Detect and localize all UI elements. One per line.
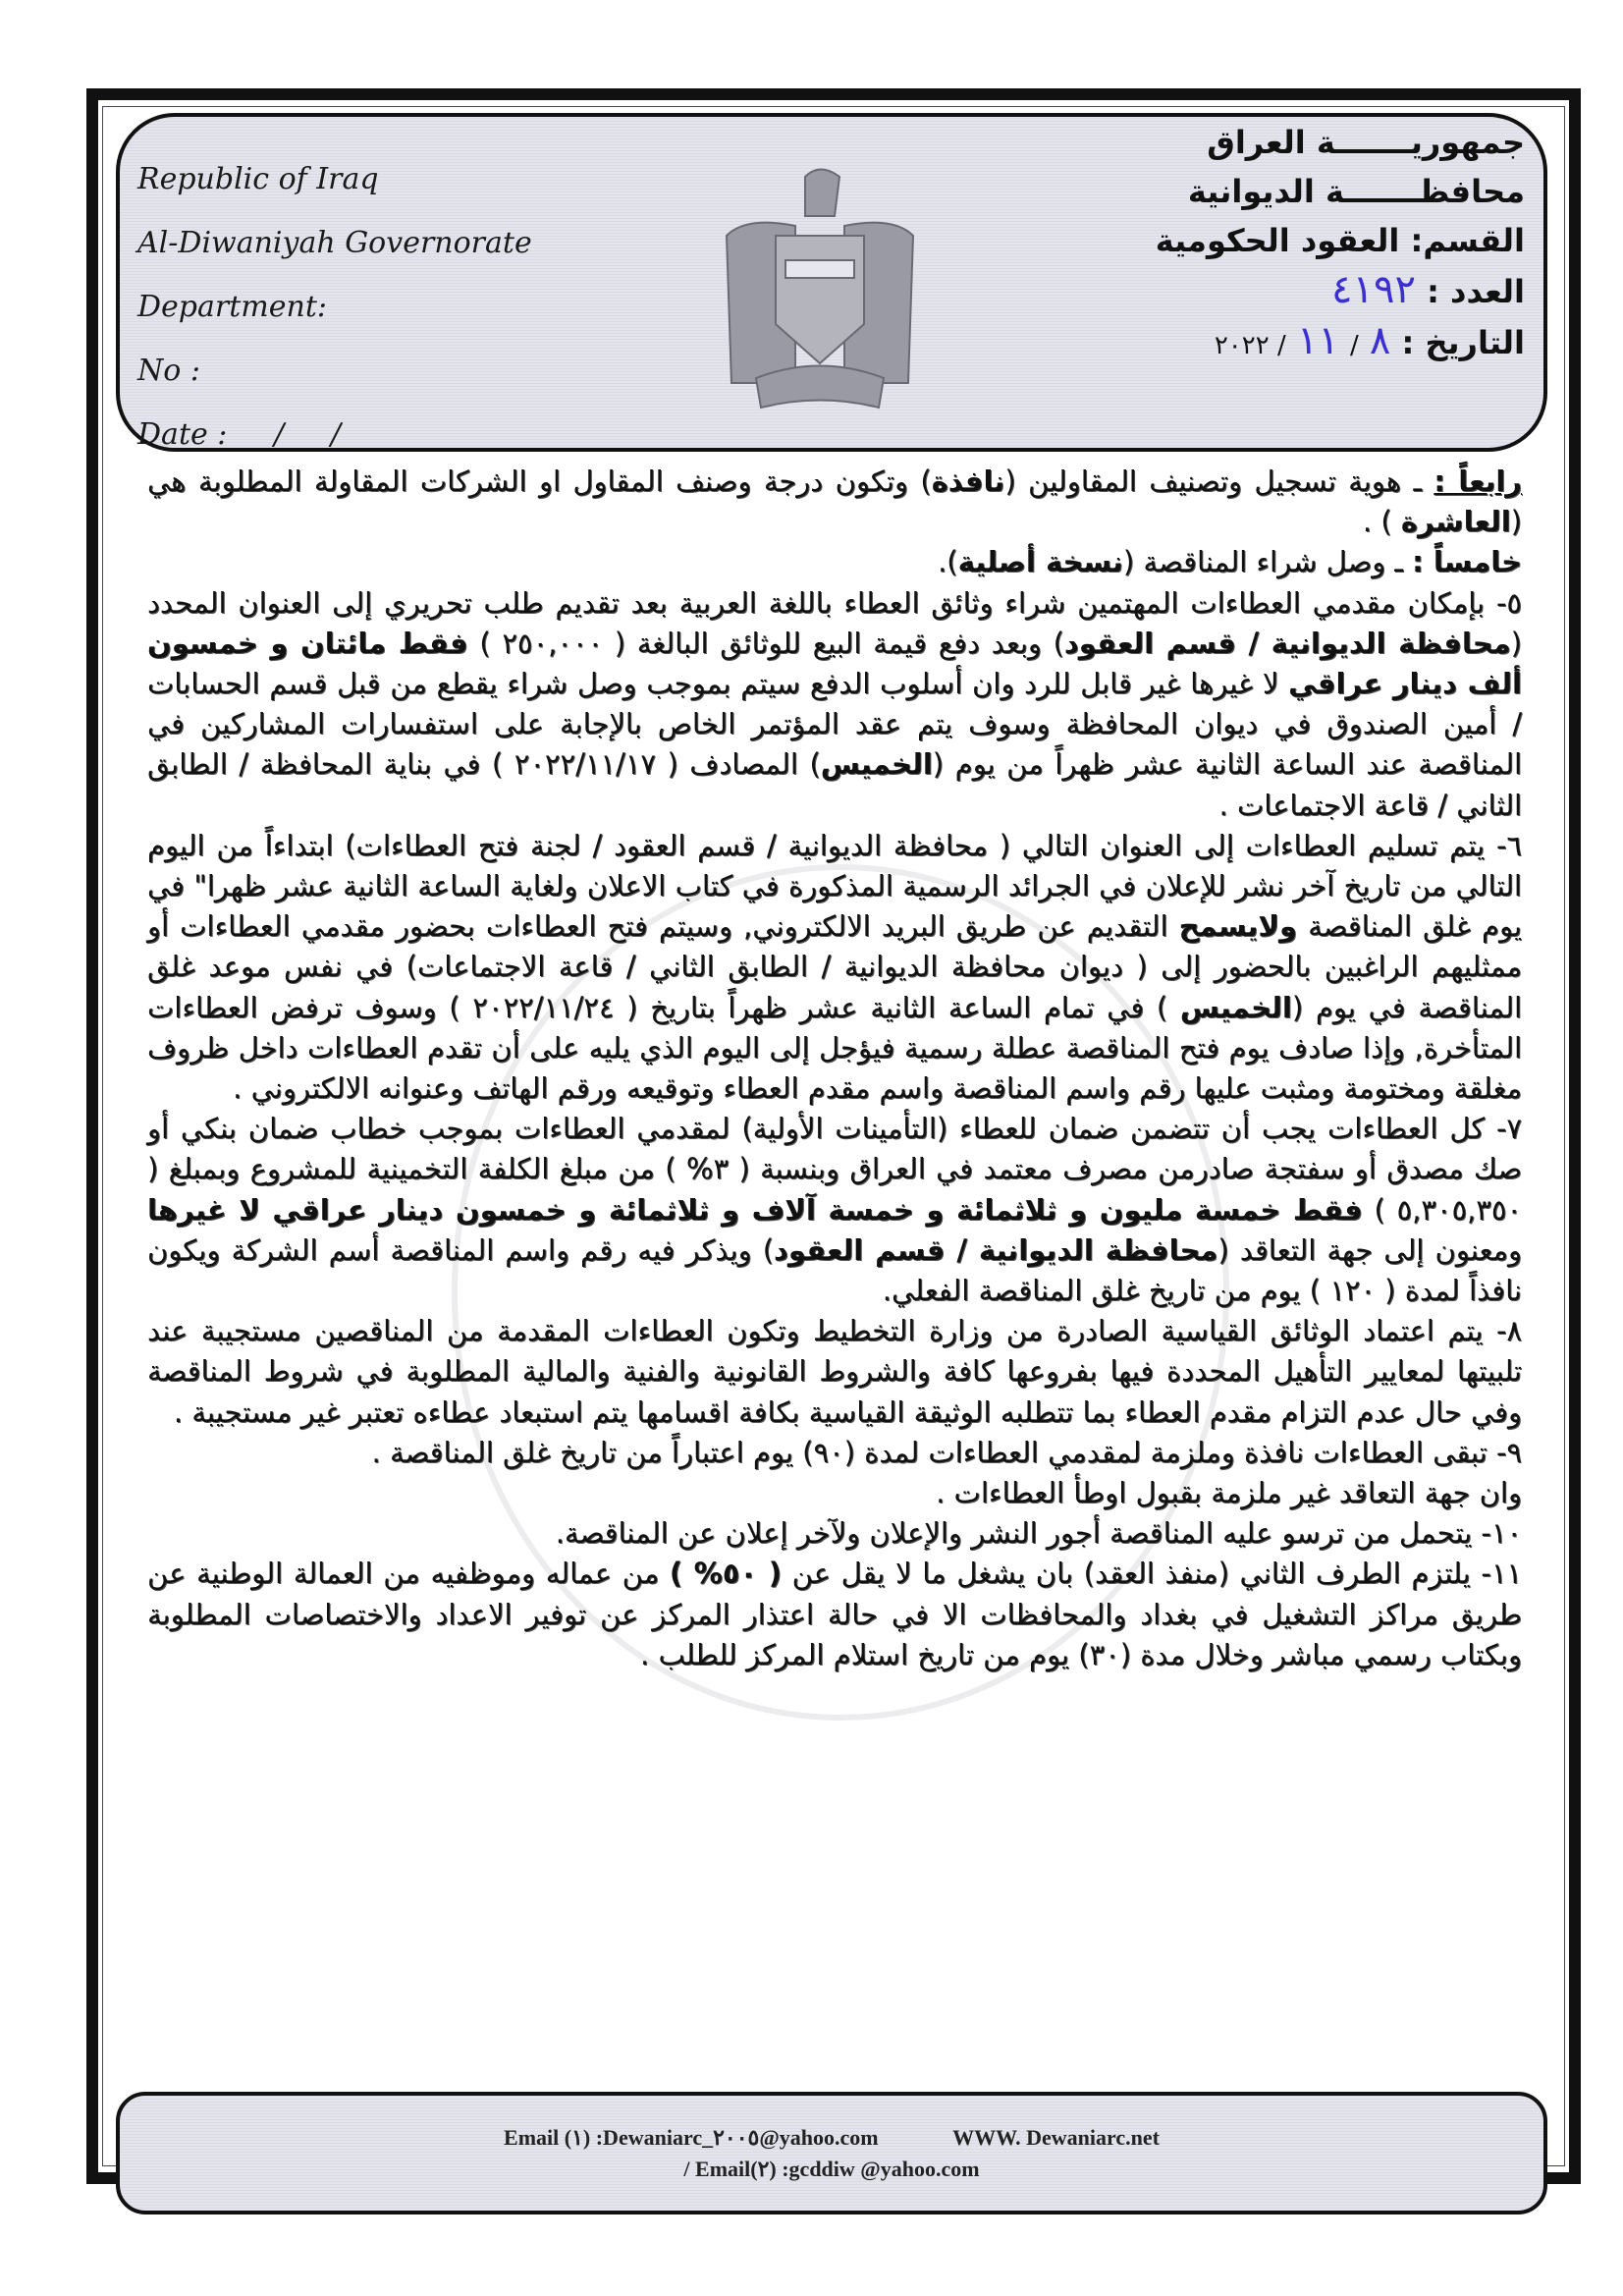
clause-fourth: رابعاً : ـ هوية تسجيل وتصنيف المقاولين (… xyxy=(147,462,1522,542)
number-row: العدد : ٤١٩٢ xyxy=(1156,265,1525,316)
governorate-en: Al-Diwaniyah Governorate xyxy=(137,211,532,275)
republic-ar: جمهوريـــــــة العراق xyxy=(1156,118,1525,167)
number-handwritten: ٤١٩٢ xyxy=(1331,267,1416,312)
item-8: ٨- يتم اعتماد الوثائق القياسية الصادرة م… xyxy=(147,1311,1522,1433)
item-11: ١١- يلتزم الطرف الثاني (منفذ العقد) بان … xyxy=(147,1554,1522,1675)
date-month-handwritten: ١١ xyxy=(1297,318,1339,363)
item-6: ٦- يتم تسليم العطاءات إلى العنوان التالي… xyxy=(147,826,1522,1109)
date-year: / ٢٠٢٢ xyxy=(1215,331,1286,360)
item-9-note: وان جهة التعاقد غير ملزمة بقبول اوطأ الع… xyxy=(147,1473,1522,1513)
item-9: ٩- تبقى العطاءات نافذة وملزمة لمقدمي الع… xyxy=(147,1433,1522,1473)
department-label-en: Department: xyxy=(137,275,532,339)
footer-website[interactable]: WWW. Dewaniarc.net xyxy=(952,2125,1160,2151)
clause-fifth: خامساً : ـ وصل شراء المناقصة (نسخة أصلية… xyxy=(147,542,1522,582)
iraq-eagle-emblem-icon xyxy=(707,157,933,422)
footer-email-2[interactable]: / Email(٢) :gcddiw @yahoo.com xyxy=(683,2157,979,2181)
date-label-en: Date : / / xyxy=(137,403,532,466)
letterhead-english: Republic of Iraq Al-Diwaniyah Governorat… xyxy=(137,147,532,466)
item-5: ٥- بإمكان مقدمي العطاءات المهتمين شراء و… xyxy=(147,583,1522,826)
item-10: ١٠- يتحمل من ترسو عليه المناقصة أجور الن… xyxy=(147,1513,1522,1554)
letterhead-arabic: جمهوريـــــــة العراق محافظـــــــة الدي… xyxy=(1156,118,1525,370)
republic-en: Republic of Iraq xyxy=(137,147,532,211)
footer-panel: Email (١) :Dewaniarc_٢٠٠٥@yahoo.com WWW.… xyxy=(116,2092,1547,2214)
number-label-ar: العدد : xyxy=(1427,273,1525,310)
footer-email-1[interactable]: Email (١) :Dewaniarc_٢٠٠٥@yahoo.com xyxy=(504,2125,879,2151)
date-row: التاريخ : ٨ / ١١ / ٢٠٢٢ xyxy=(1156,316,1525,370)
number-label-en: No : xyxy=(137,339,532,403)
date-label-ar: التاريخ : xyxy=(1402,324,1526,361)
document-body: رابعاً : ـ هوية تسجيل وتصنيف المقاولين (… xyxy=(147,462,1522,1675)
item-7: ٧- كل العطاءات يجب أن تتضمن ضمان للعطاء … xyxy=(147,1109,1522,1311)
governorate-ar: محافظـــــــة الديوانية xyxy=(1156,167,1525,216)
date-day-handwritten: ٨ xyxy=(1370,318,1390,363)
department-ar: القسم: العقود الحكومية xyxy=(1156,216,1525,265)
